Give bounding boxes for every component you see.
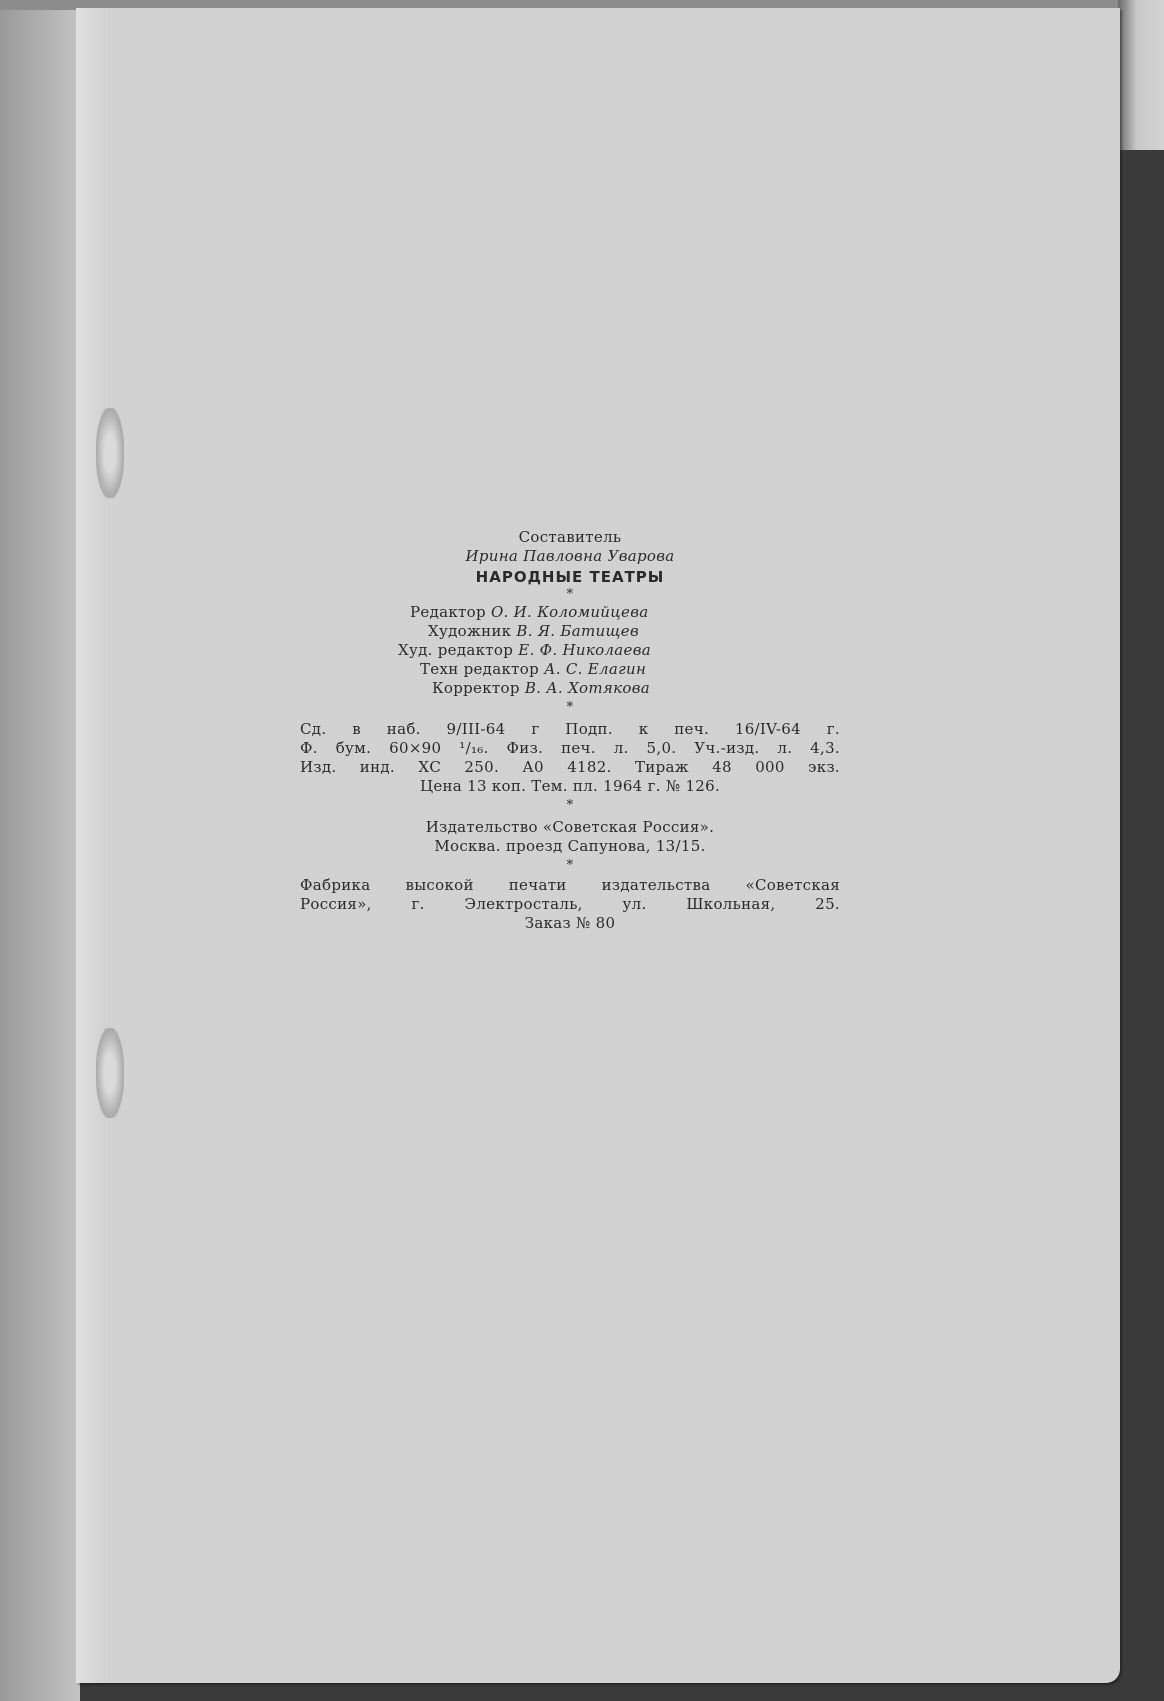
- imprint-line: Цена 13 коп. Тем. пл. 1964 г. № 126.: [300, 777, 840, 796]
- imprint-line: Ф. бум. 60×90 ¹/₁₆. Физ. печ. л. 5,0. Уч…: [300, 739, 840, 758]
- credit-line: Редактор О. И. Коломийцева: [300, 603, 840, 622]
- credit-name: О. И. Коломийцева: [491, 603, 649, 621]
- credit-role: Художник: [428, 622, 511, 640]
- printer-line: Фабрика высокой печати издательства «Сов…: [300, 876, 840, 895]
- compiler-name: Ирина Павловна Уварова: [300, 547, 840, 566]
- credit-line: Техн редактор А. С. Елагин: [300, 660, 840, 679]
- credit-name: А. С. Елагин: [544, 660, 646, 678]
- credit-name: В. Я. Батищев: [516, 622, 639, 640]
- credit-name: В. А. Хотякова: [525, 679, 650, 697]
- credits-list: Редактор О. И. Коломийцева Художник В. Я…: [300, 603, 840, 698]
- credit-name: Е. Ф. Николаева: [518, 641, 651, 659]
- credit-role: Худ. редактор: [398, 641, 513, 659]
- printer-line: Россия», г. Электросталь, ул. Школьная, …: [300, 895, 840, 914]
- publisher-line: Издательство «Советская Россия».: [300, 818, 840, 837]
- backdrop-right-corner: [1118, 0, 1164, 150]
- publisher-line: Москва. проезд Сапунова, 13/15.: [300, 837, 840, 856]
- credit-line: Худ. редактор Е. Ф. Николаева: [300, 641, 840, 660]
- separator: *: [300, 858, 840, 874]
- separator: *: [300, 798, 840, 814]
- imprint-line: Сд. в наб. 9/III-64 г Подп. к печ. 16/IV…: [300, 720, 840, 739]
- page-binding: [76, 388, 146, 1388]
- book-title: НАРОДНЫЕ ТЕАТРЫ: [300, 568, 840, 587]
- imprint-line: Изд. инд. ХС 250. А0 4182. Тираж 48 000 …: [300, 758, 840, 777]
- staple-mark: [96, 1028, 124, 1118]
- staple-mark: [96, 408, 124, 498]
- separator: *: [300, 700, 840, 716]
- backdrop-left: [0, 0, 80, 1701]
- credit-role: Редактор: [410, 603, 486, 621]
- credit-line: Художник В. Я. Батищев: [300, 622, 840, 641]
- credit-line: Корректор В. А. Хотякова: [300, 679, 840, 698]
- credit-role: Техн редактор: [420, 660, 539, 678]
- compiler-label: Составитель: [300, 528, 840, 547]
- order-number: Заказ № 80: [300, 914, 840, 933]
- colophon: Составитель Ирина Павловна Уварова НАРОД…: [300, 528, 840, 933]
- credit-role: Корректор: [432, 679, 520, 697]
- separator: *: [300, 587, 840, 603]
